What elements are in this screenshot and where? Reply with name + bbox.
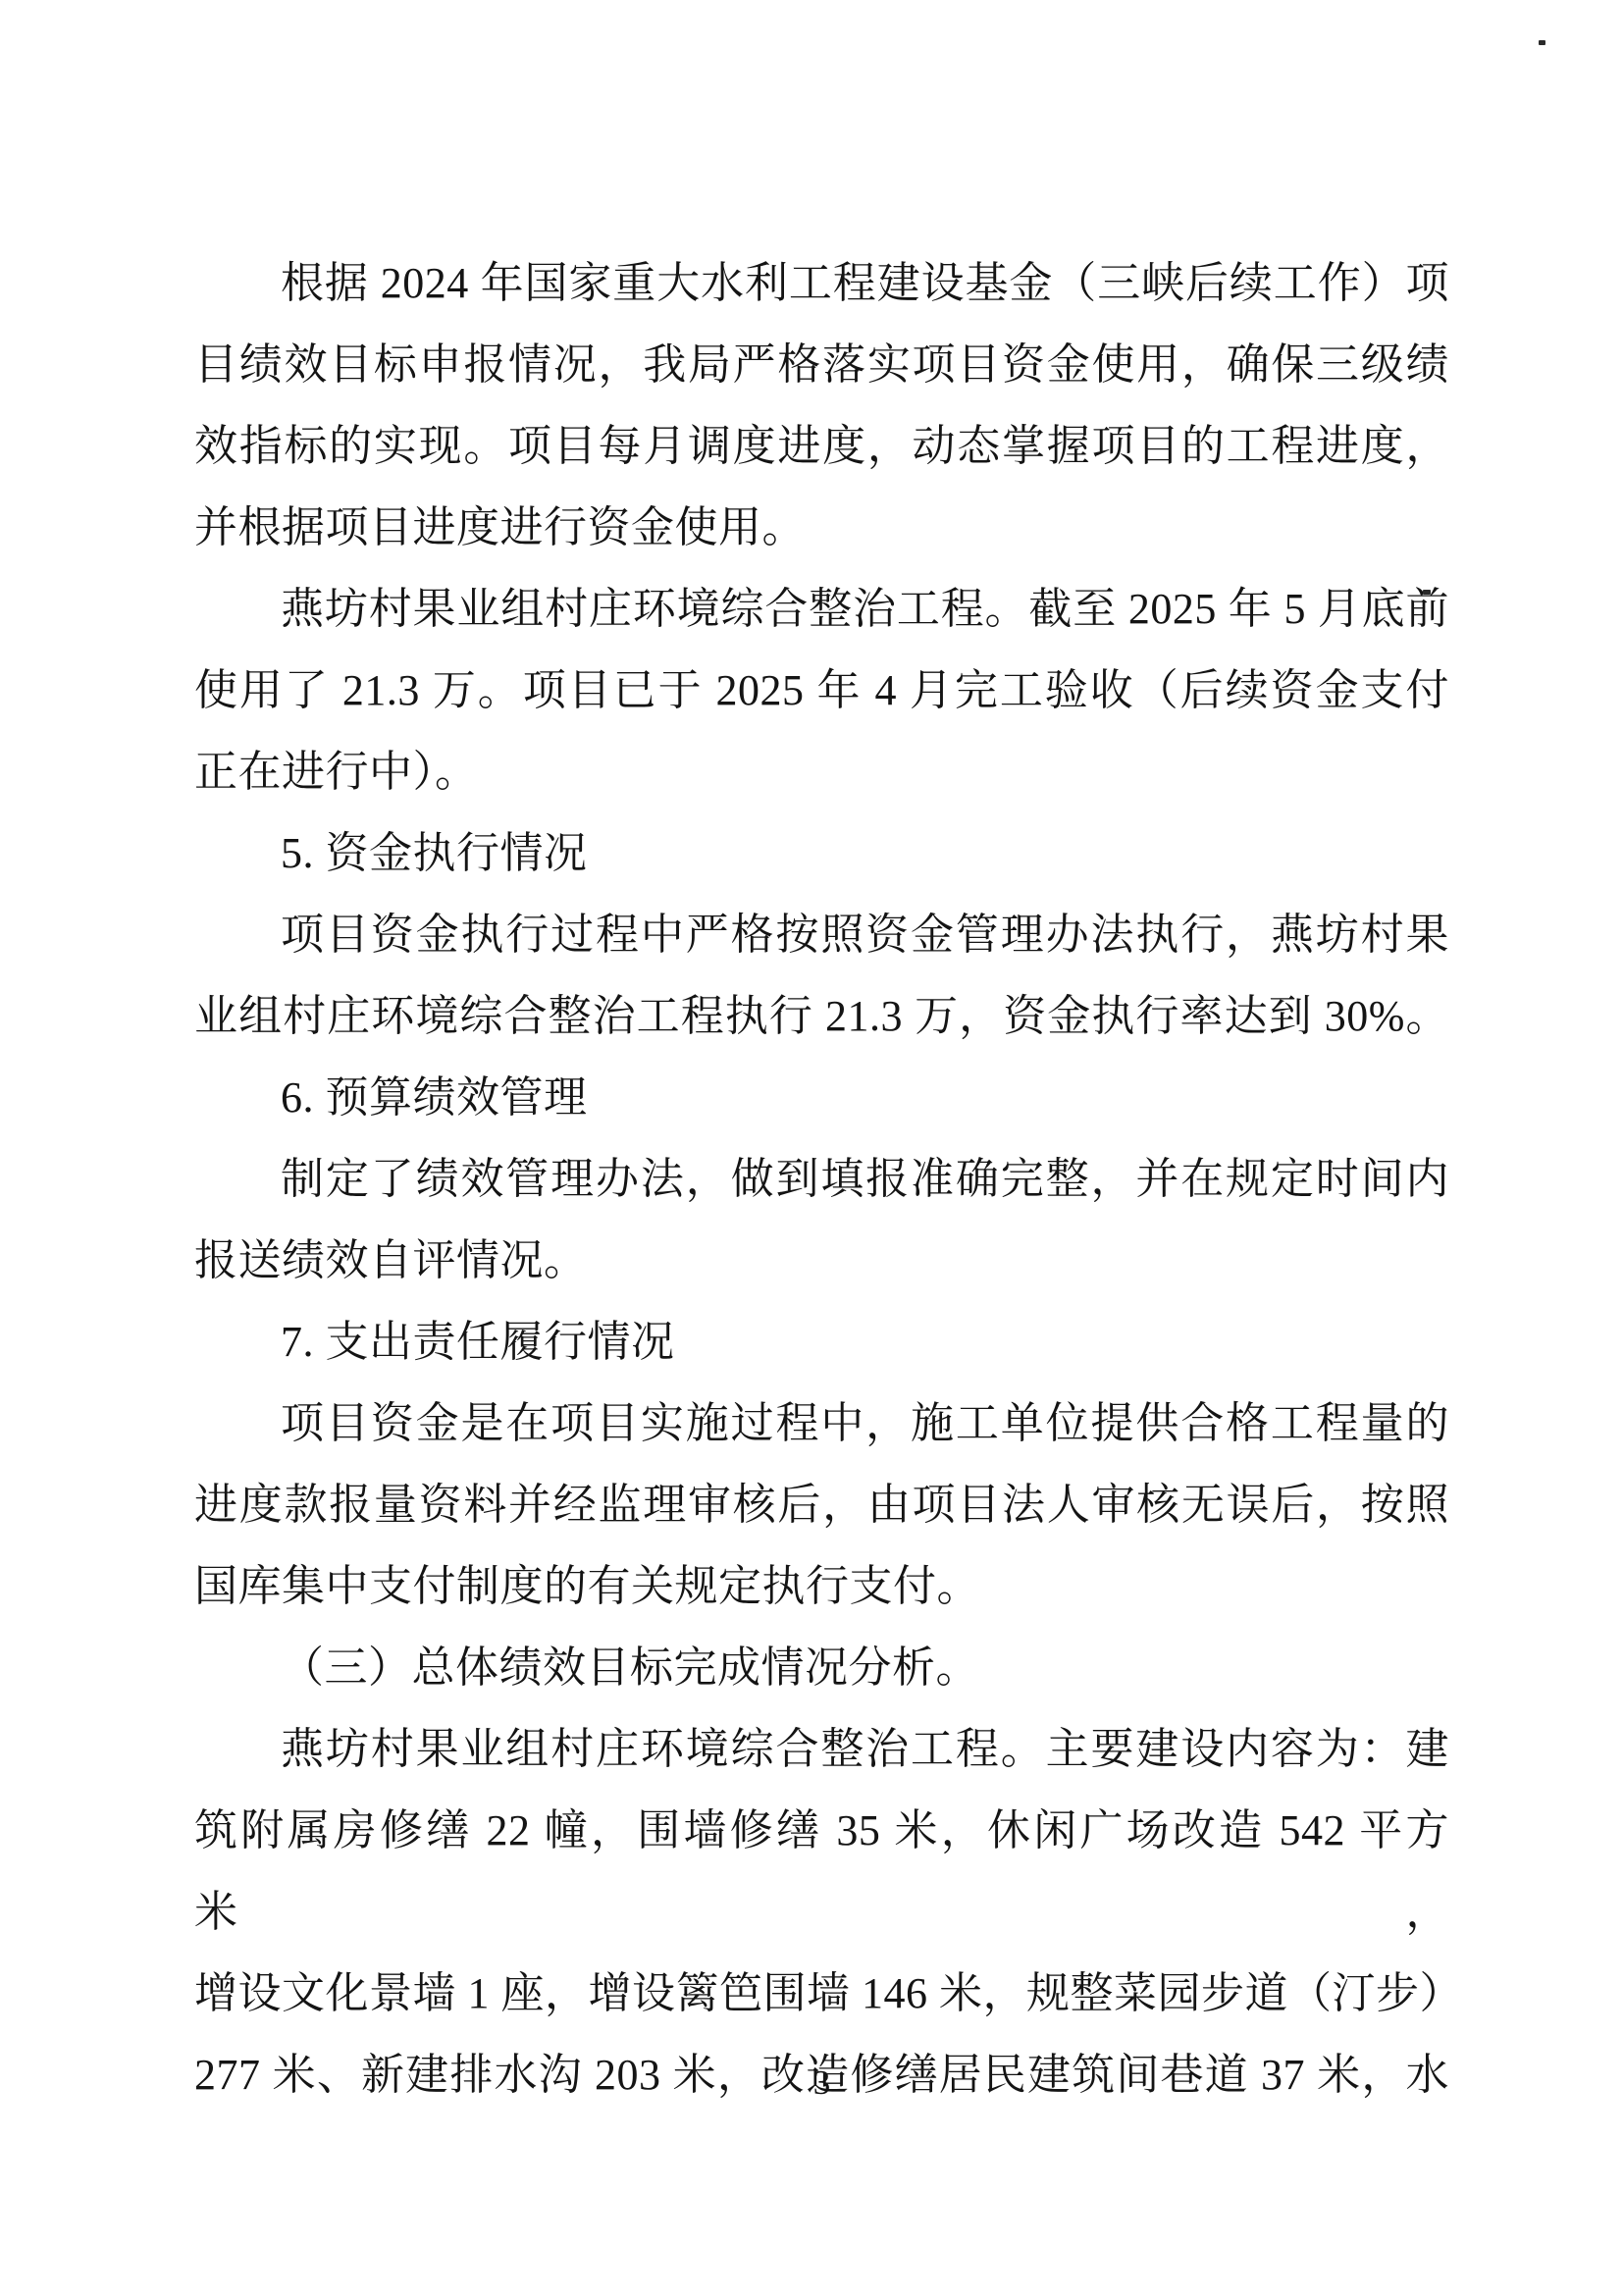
section-heading: 6. 预算绩效管理 — [194, 1057, 1449, 1138]
text-line: 进度款报量资料并经监理审核后，由项目法人审核无误后，按照 — [194, 1464, 1449, 1545]
text-line: 使用了 21.3 万。项目已于 2025 年 4 月完工验收（后续资金支付 — [194, 650, 1449, 731]
text-line: 效指标的实现。项目每月调度进度，动态掌握项目的工程进度， — [194, 405, 1449, 487]
text-line: 业组村庄环境综合整治工程执行 21.3 万，资金执行率达到 30%。 — [194, 975, 1449, 1057]
section-heading: 7. 支出责任履行情况 — [194, 1301, 1449, 1383]
text-line: 项目资金执行过程中严格按照资金管理办法执行，燕坊村果 — [194, 894, 1449, 975]
scan-speck — [1539, 40, 1545, 45]
document-body: 根据 2024 年国家重大水利工程建设基金（三峡后续工作）项 目绩效目标申报情况… — [194, 242, 1449, 2115]
text-line: 根据 2024 年国家重大水利工程建设基金（三峡后续工作）项 — [194, 242, 1449, 324]
text-line: 报送绩效自评情况。 — [194, 1220, 1449, 1301]
scan-speck — [1423, 590, 1431, 595]
text-line: 制定了绩效管理办法，做到填报准确完整，并在规定时间内 — [194, 1138, 1449, 1220]
document-page: 根据 2024 年国家重大水利工程建设基金（三峡后续工作）项 目绩效目标申报情况… — [0, 0, 1623, 2296]
section-heading: （三）总体绩效目标完成情况分析。 — [194, 1627, 1449, 1708]
text-line: 目绩效目标申报情况，我局严格落实项目资金使用，确保三级绩 — [194, 324, 1449, 405]
page-number: 3 — [194, 2059, 1449, 2108]
text-line: 燕坊村果业组村庄环境综合整治工程。主要建设内容为：建 — [194, 1708, 1449, 1790]
text-line: 筑附属房修缮 22 幢，围墙修缮 35 米，休闲广场改造 542 平方米， — [194, 1790, 1449, 1953]
text-line: 项目资金是在项目实施过程中，施工单位提供合格工程量的 — [194, 1383, 1449, 1464]
text-line: 燕坊村果业组村庄环境综合整治工程。截至 2025 年 5 月底前 — [194, 568, 1449, 650]
text-line: 增设文化景墙 1 座，增设篱笆围墙 146 米，规整菜园步道（汀步） — [194, 1953, 1449, 2034]
text-line: 并根据项目进度进行资金使用。 — [194, 487, 1449, 568]
text-line: 国库集中支付制度的有关规定执行支付。 — [194, 1545, 1449, 1627]
text-line: 正在进行中）。 — [194, 731, 1449, 812]
section-heading: 5. 资金执行情况 — [194, 812, 1449, 894]
